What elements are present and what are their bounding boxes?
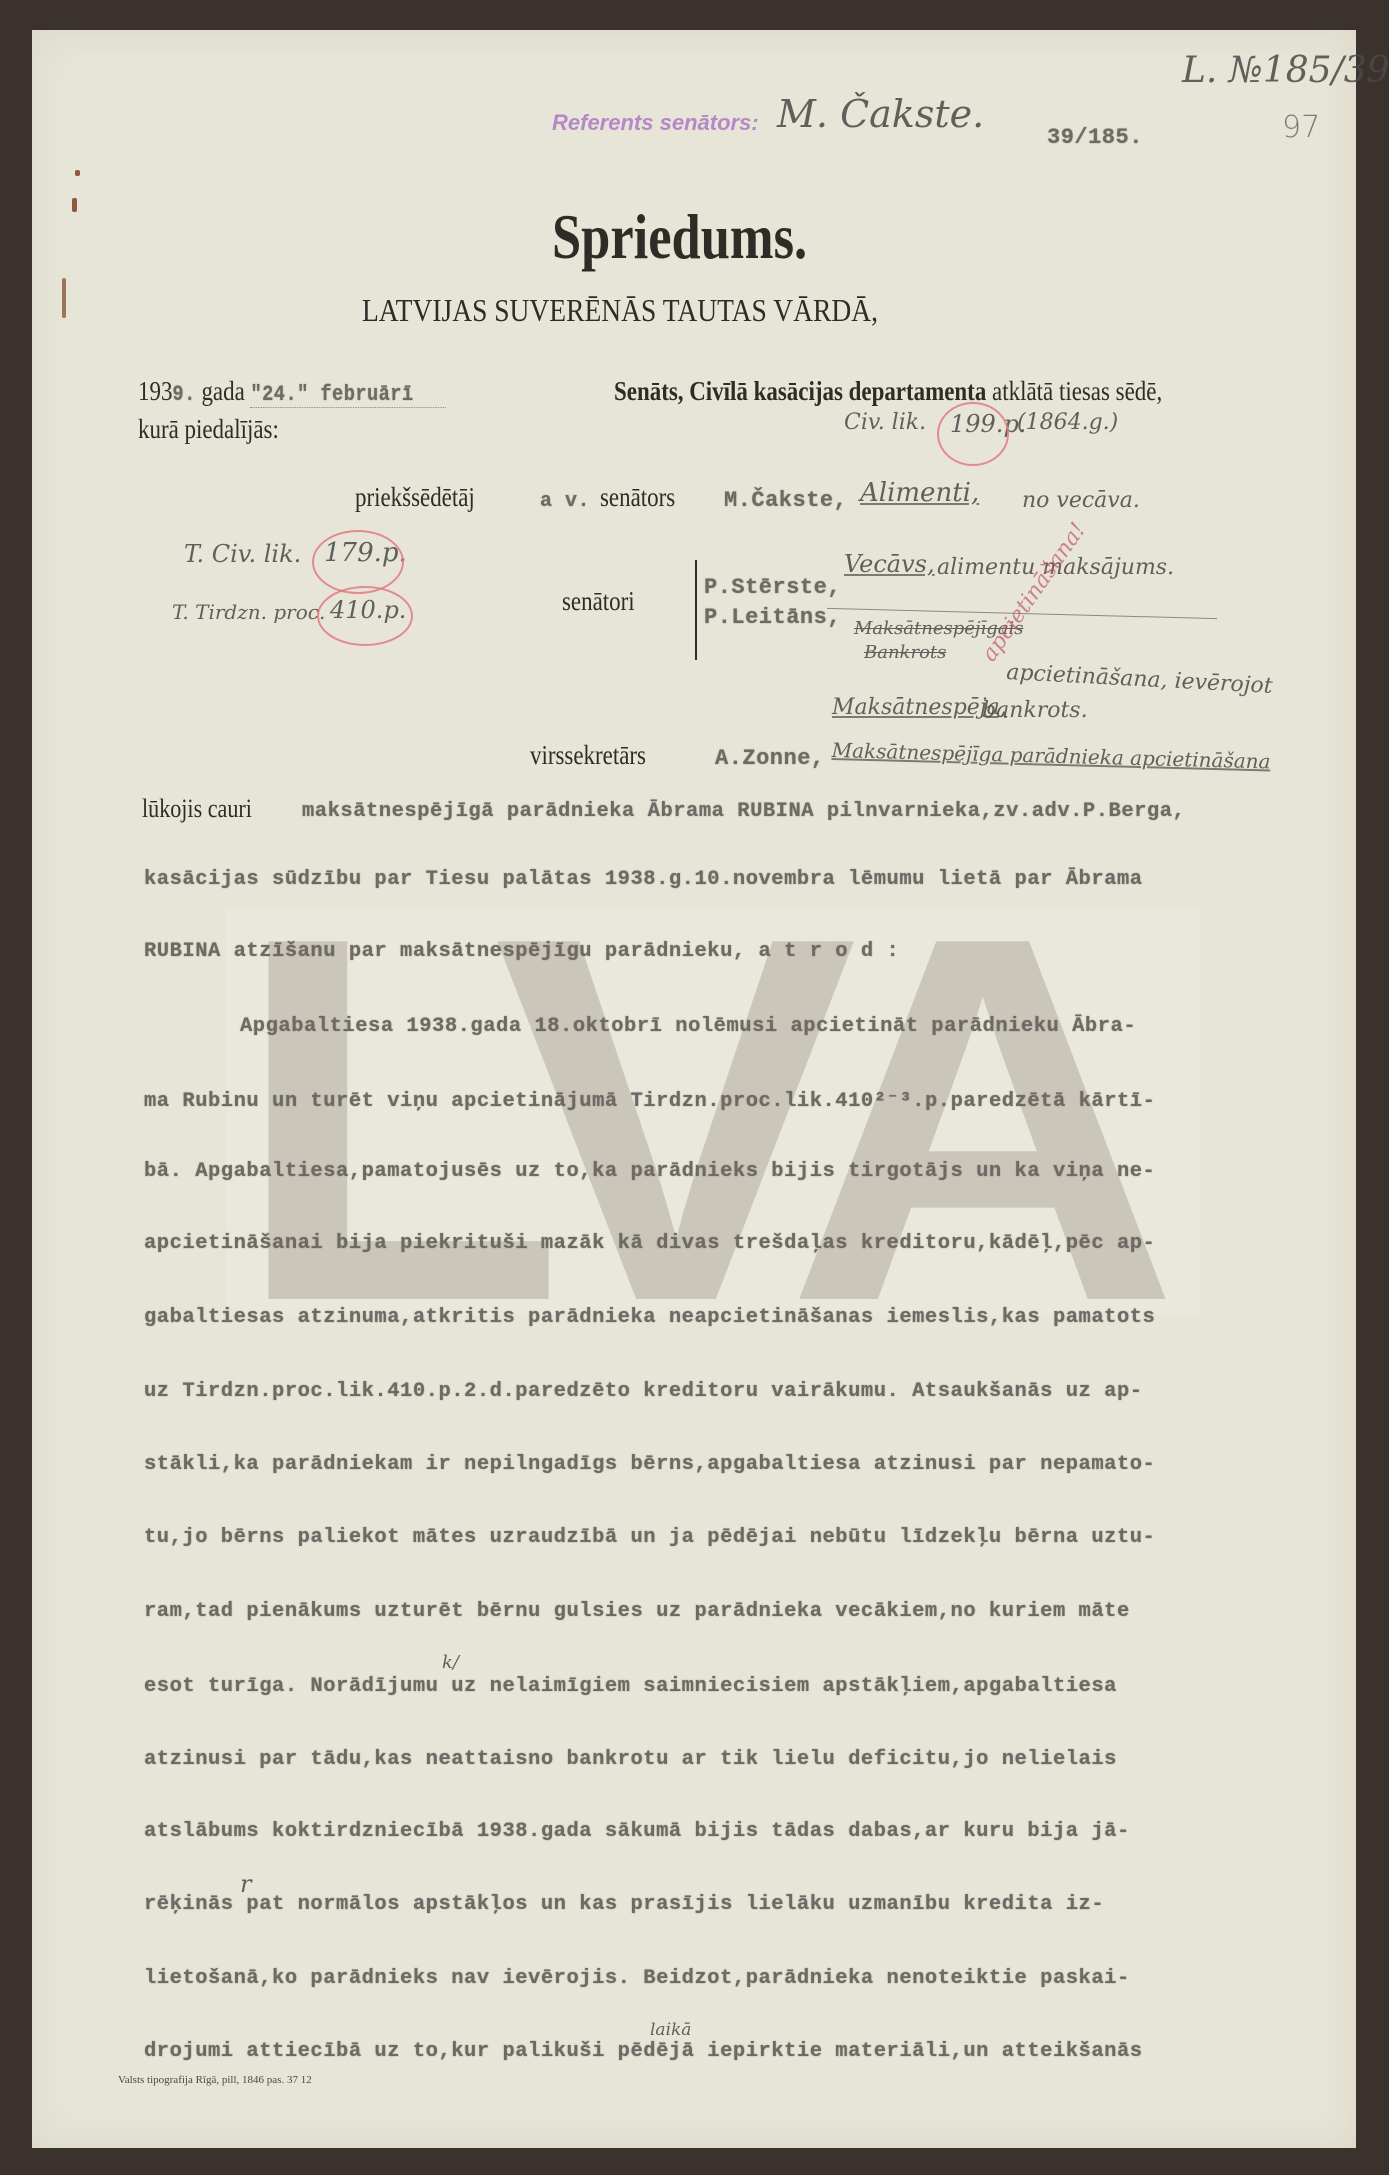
body-line: atslābums koktirdzniecībā 1938.gada sāku… [144, 1820, 1130, 1843]
session-date-line: 1939. gada "24." februārī [138, 376, 446, 408]
senators-label: senātori [562, 586, 635, 617]
body-line: apcietināšanai bija piekrituši mazāk kā … [144, 1232, 1155, 1255]
body-line: ram,tad pienākums uzturēt bērnu gulsies … [144, 1600, 1130, 1623]
body-line: bā. Apgabaltiesa,pamatojusēs uz to,ka pa… [144, 1160, 1155, 1183]
body-line: Apgabaltiesa 1938.gada 18.oktobrī nolēmu… [240, 1015, 1136, 1038]
paper-stain [72, 198, 77, 212]
body-lead: lūkojis cauri [142, 794, 252, 824]
court-session: atklātā tiesas sēdē, [992, 376, 1162, 406]
referent-stamp: Referents senātors: [552, 110, 759, 136]
body-line: rēķinās pat normālos apstākļos un kas pr… [144, 1893, 1104, 1916]
body-line: RUBINA atzīšanu par maksātnespējīgu parā… [144, 940, 899, 963]
document-page: LVA L. №185/39 97 Referents senātors: M.… [32, 30, 1356, 2148]
left-note-civ: T. Civ. lik. [184, 540, 301, 568]
body-line: uz Tirdzn.proc.lik.410.p.2.d.paredzēto k… [144, 1380, 1143, 1403]
session-date: "24." februārī [251, 382, 414, 407]
archive-file-number: L. №185/39 [1182, 50, 1389, 91]
case-number: 39/185. [1047, 125, 1143, 150]
body-line: tu,jo bērns paliekot mātes uzraudzībā un… [144, 1526, 1155, 1549]
body-line: stākli,ka parādniekam ir nepilngadīgs bē… [144, 1453, 1155, 1476]
body-line: kasācijas sūdzību par Tiesu palātas 1938… [144, 868, 1143, 891]
red-circle-mark [317, 586, 413, 646]
printer-imprint: Valsts tipografija Rīgā, pill, 1846 pas.… [118, 2074, 312, 2086]
body-line: drojumi attiecībā uz to,kur palikuši pēd… [144, 2040, 1143, 2063]
paper-stain [75, 170, 80, 176]
keyword-maksatnespejiga-parad: Maksātnespējīga parādnieka apcietināšana [831, 738, 1270, 773]
chair-name: M.Čakste, [724, 488, 847, 513]
participants-label: kurā piedalījās: [138, 414, 279, 445]
civ-ref-note: Civ. lik. [844, 410, 926, 435]
civ-ref-year: (1864.g.) [1017, 410, 1118, 435]
secretary-name: A.Zonne, [715, 746, 825, 771]
chair-suffix: a v. [540, 490, 590, 513]
year-prefix: 193 [138, 376, 172, 406]
chair-label: priekšsēdētāj [355, 482, 475, 513]
body-line: ma Rubinu un turēt viņu apcietinājumā Ti… [144, 1087, 1155, 1113]
court-line: Senāts, Civīlā kasācijas departamenta at… [614, 376, 1162, 407]
body-line: esot turīga. Norādījumu uz nelaimīgiem s… [144, 1675, 1117, 1698]
lva-watermark: LVA [232, 910, 1148, 1330]
document-title: Spriedums. [552, 200, 807, 274]
secretary-label: virssekretārs [530, 740, 646, 771]
handwritten-insert: k/ [442, 1652, 459, 1673]
body-line: atzinusi par tādu,kas neattaisno bankrot… [144, 1748, 1117, 1771]
document-subtitle: LATVIJAS SUVERĒNĀS TAUTAS VĀRDĀ, [362, 292, 878, 329]
red-pencil-note: apcietināšana! [977, 518, 1091, 666]
keyword-alimenti-rest: no vecāva. [1022, 488, 1140, 513]
keyword-maksatnespeja: Maksātnespēja, [832, 695, 1007, 720]
keyword-apcietinasana: apcietināšana, ievērojot [1006, 660, 1274, 699]
senator-sterste: P.Stērste, [704, 575, 841, 600]
red-circle-mark [312, 530, 404, 594]
year-suffix: 9. [172, 382, 195, 407]
referent-signature: M. Čakste. [777, 92, 984, 136]
gada-label: gada [201, 376, 244, 406]
body-line: maksātnespējīgā parādnieka Ābrama RUBINA… [302, 800, 1185, 823]
senator-leitans: P.Leitāns, [704, 605, 841, 630]
handwritten-insert: laikā [650, 2020, 691, 2040]
archive-page-number: 97 [1282, 110, 1320, 145]
red-circle-mark [937, 402, 1009, 466]
keyword-vecavs: Vecāvs, [844, 550, 935, 578]
keyword-bankrots: bankrots. [982, 698, 1088, 723]
paper-stain [62, 278, 66, 318]
keyword-alimenti: Alimenti, [860, 478, 979, 508]
body-line: gabaltiesas atzinuma,atkritis parādnieka… [144, 1306, 1155, 1329]
court-name: Senāts, Civīlā kasācijas departamenta [614, 376, 986, 406]
left-note-tirdzn: T. Tirdzn. proc. [172, 600, 325, 624]
body-line: lietošanā,ko parādnieks nav ievērojis. B… [144, 1967, 1130, 1990]
chair-title: senātors [600, 482, 675, 513]
keyword-struck-2: Bankrots [864, 642, 946, 663]
